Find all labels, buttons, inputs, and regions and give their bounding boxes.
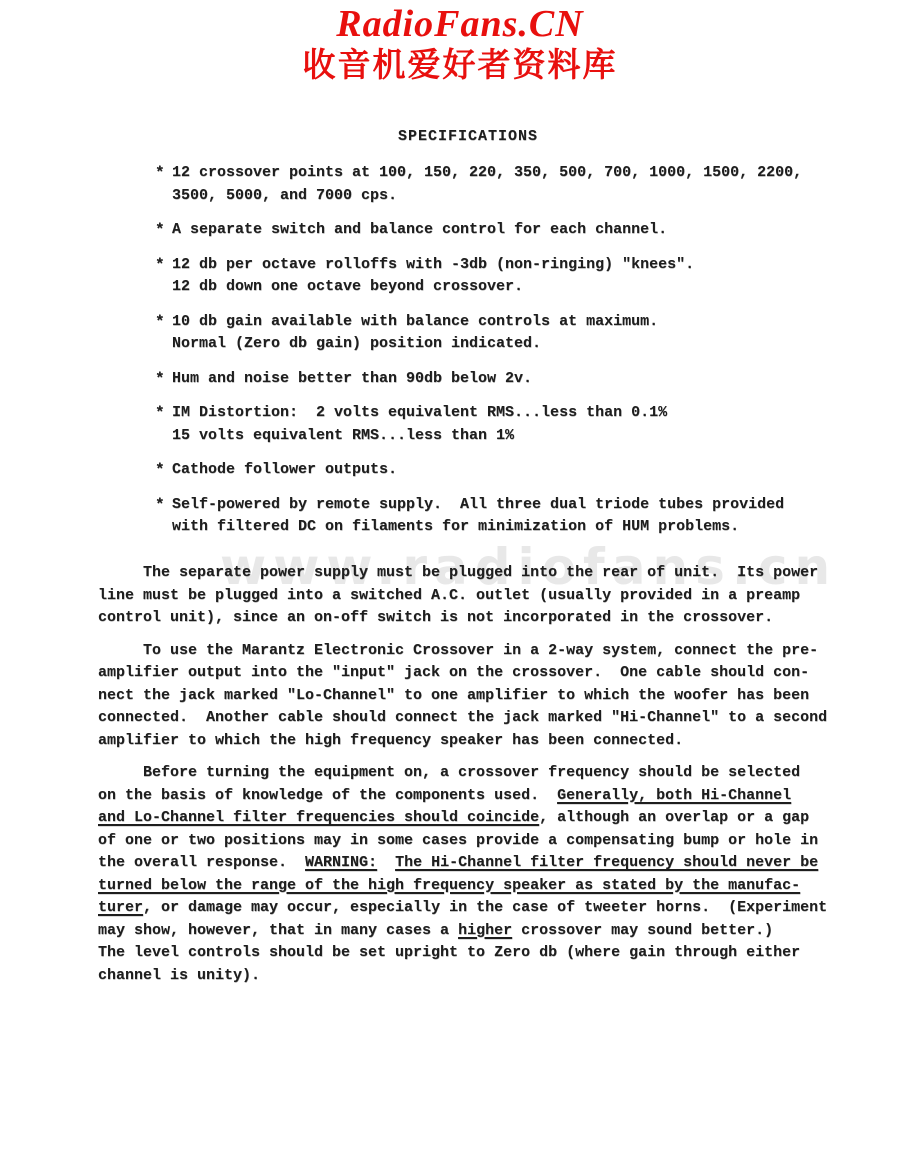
- text-run: may show, however, that in many cases a: [98, 922, 458, 939]
- spec-bullet: *Hum and noise better than 90db below 2v…: [155, 368, 865, 391]
- text-run: line must be plugged into a switched A.C…: [98, 587, 800, 604]
- text-line: line must be plugged into a switched A.C…: [98, 585, 846, 608]
- document-title: SPECIFICATIONS: [98, 128, 838, 145]
- site-subtitle: 收音机爱好者资料库: [0, 47, 920, 83]
- text-line: Before turning the equipment on, a cross…: [98, 762, 846, 785]
- underlined-text: WARNING:: [305, 854, 377, 871]
- text-run: , although an overlap or a gap: [539, 809, 809, 826]
- text-line: IM Distortion: 2 volts equivalent RMS...…: [172, 402, 865, 425]
- paragraph: The separate power supply must be plugge…: [98, 562, 846, 630]
- text-line: 12 crossover points at 100, 150, 220, 35…: [172, 162, 865, 185]
- bullet-marker: *: [155, 162, 172, 207]
- spec-bullet: *12 crossover points at 100, 150, 220, 3…: [155, 162, 865, 207]
- spec-bullet: *12 db per octave rolloffs with -3db (no…: [155, 254, 865, 299]
- bullet-lines: 12 crossover points at 100, 150, 220, 35…: [172, 162, 865, 207]
- text-run: The separate power supply must be plugge…: [98, 564, 818, 581]
- text-line: Self-powered by remote supply. All three…: [172, 494, 865, 517]
- text-run: connected. Another cable should connect …: [98, 709, 827, 726]
- bullet-lines: Hum and noise better than 90db below 2v.: [172, 368, 865, 391]
- bullet-lines: Cathode follower outputs.: [172, 459, 865, 482]
- text-line: on the basis of knowledge of the compone…: [98, 785, 846, 808]
- site-name: RadioFans.CN: [0, 4, 920, 45]
- bullet-marker: *: [155, 494, 172, 539]
- text-run: channel is unity).: [98, 967, 260, 984]
- text-line: The separate power supply must be plugge…: [98, 562, 846, 585]
- text-line: 10 db gain available with balance contro…: [172, 311, 865, 334]
- text-line: 3500, 5000, and 7000 cps.: [172, 185, 865, 208]
- bullet-marker: *: [155, 254, 172, 299]
- text-line: control unit), since an on-off switch is…: [98, 607, 846, 630]
- text-run: amplifier output into the "input" jack o…: [98, 664, 809, 681]
- bullet-marker: *: [155, 368, 172, 391]
- spec-bullet: *Self-powered by remote supply. All thre…: [155, 494, 865, 539]
- text-line: The level controls should be set upright…: [98, 942, 846, 965]
- bullet-marker: *: [155, 219, 172, 242]
- text-line: 12 db per octave rolloffs with -3db (non…: [172, 254, 865, 277]
- text-run: control unit), since an on-off switch is…: [98, 609, 773, 626]
- bullet-lines: 10 db gain available with balance contro…: [172, 311, 865, 356]
- text-line: may show, however, that in many cases a …: [98, 920, 846, 943]
- text-line: amplifier output into the "input" jack o…: [98, 662, 846, 685]
- underlined-text: The Hi-Channel filter frequency should n…: [395, 854, 818, 871]
- spec-bullet: *10 db gain available with balance contr…: [155, 311, 865, 356]
- site-banner: RadioFans.CN 收音机爱好者资料库: [0, 4, 920, 83]
- paragraph: Before turning the equipment on, a cross…: [98, 762, 846, 987]
- text-run: on the basis of knowledge of the compone…: [98, 787, 557, 804]
- spec-bullet: *Cathode follower outputs.: [155, 459, 865, 482]
- bullet-lines: A separate switch and balance control fo…: [172, 219, 865, 242]
- text-line: 12 db down one octave beyond crossover.: [172, 276, 865, 299]
- text-line: the overall response. WARNING: The Hi-Ch…: [98, 852, 846, 875]
- underlined-text: turned below the range of the high frequ…: [98, 877, 800, 894]
- text-line: turned below the range of the high frequ…: [98, 875, 846, 898]
- text-run: amplifier to which the high frequency sp…: [98, 732, 683, 749]
- text-run: nect the jack marked "Lo-Channel" to one…: [98, 687, 809, 704]
- text-line: Hum and noise better than 90db below 2v.: [172, 368, 865, 391]
- text-line: 15 volts equivalent RMS...less than 1%: [172, 425, 865, 448]
- text-run: To use the Marantz Electronic Crossover …: [98, 642, 818, 659]
- scanned-document-page: RadioFans.CN 收音机爱好者资料库 www.radiofans.cn …: [0, 0, 920, 1159]
- text-line: Normal (Zero db gain) position indicated…: [172, 333, 865, 356]
- bullet-marker: *: [155, 311, 172, 356]
- spec-bullet-list: *12 crossover points at 100, 150, 220, 3…: [155, 162, 865, 551]
- text-line: with filtered DC on filaments for minimi…: [172, 516, 865, 539]
- bullet-lines: 12 db per octave rolloffs with -3db (non…: [172, 254, 865, 299]
- text-line: Cathode follower outputs.: [172, 459, 865, 482]
- text-run: [377, 854, 395, 871]
- text-run: the overall response.: [98, 854, 305, 871]
- body-paragraphs: The separate power supply must be plugge…: [98, 562, 846, 997]
- underlined-text: turer: [98, 899, 143, 916]
- text-line: and Lo-Channel filter frequencies should…: [98, 807, 846, 830]
- text-line: nect the jack marked "Lo-Channel" to one…: [98, 685, 846, 708]
- text-run: crossover may sound better.): [512, 922, 773, 939]
- bullet-lines: Self-powered by remote supply. All three…: [172, 494, 865, 539]
- underlined-text: higher: [458, 922, 512, 939]
- text-run: , or damage may occur, especially in the…: [143, 899, 827, 916]
- spec-bullet: *IM Distortion: 2 volts equivalent RMS..…: [155, 402, 865, 447]
- underlined-text: Generally, both Hi-Channel: [557, 787, 791, 804]
- text-run: Before turning the equipment on, a cross…: [98, 764, 800, 781]
- text-line: To use the Marantz Electronic Crossover …: [98, 640, 846, 663]
- underlined-text: and Lo-Channel filter frequencies should…: [98, 809, 539, 826]
- bullet-marker: *: [155, 402, 172, 447]
- text-line: turer, or damage may occur, especially i…: [98, 897, 846, 920]
- text-line: amplifier to which the high frequency sp…: [98, 730, 846, 753]
- text-line: connected. Another cable should connect …: [98, 707, 846, 730]
- text-line: of one or two positions may in some case…: [98, 830, 846, 853]
- text-line: A separate switch and balance control fo…: [172, 219, 865, 242]
- text-run: The level controls should be set upright…: [98, 944, 800, 961]
- bullet-marker: *: [155, 459, 172, 482]
- bullet-lines: IM Distortion: 2 volts equivalent RMS...…: [172, 402, 865, 447]
- text-run: of one or two positions may in some case…: [98, 832, 818, 849]
- text-line: channel is unity).: [98, 965, 846, 988]
- spec-bullet: *A separate switch and balance control f…: [155, 219, 865, 242]
- paragraph: To use the Marantz Electronic Crossover …: [98, 640, 846, 753]
